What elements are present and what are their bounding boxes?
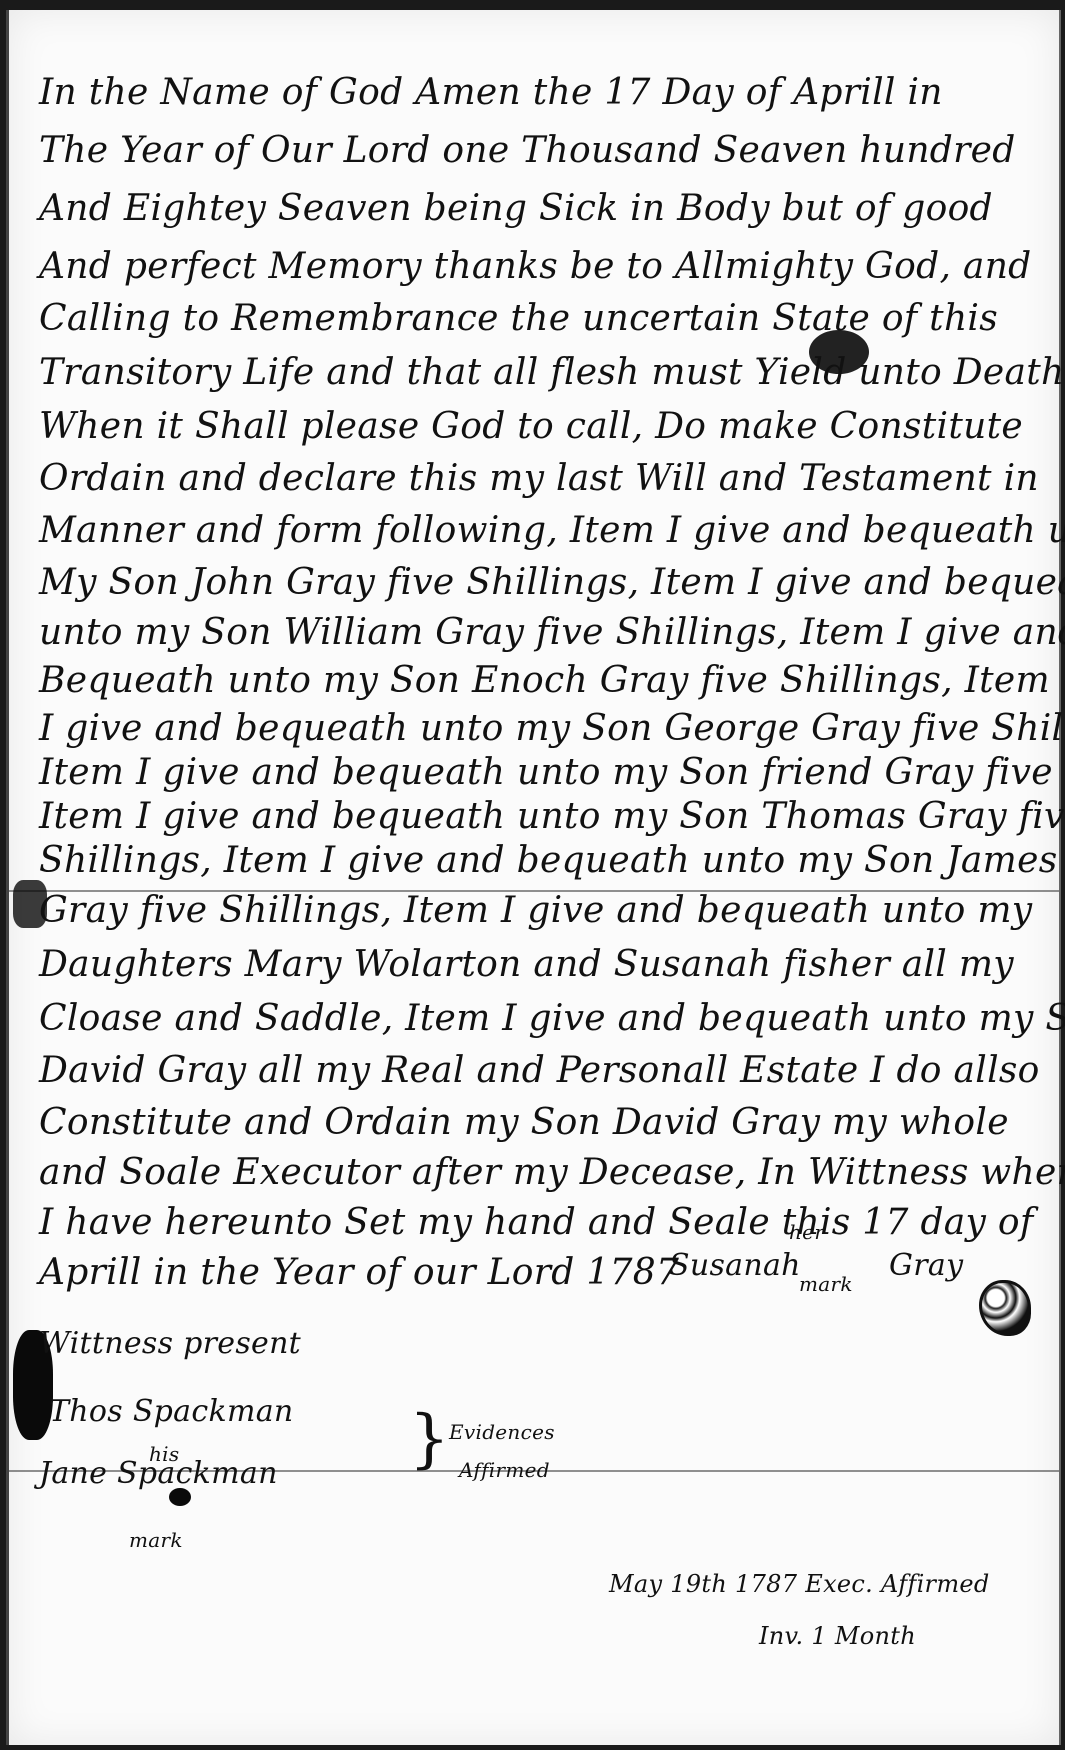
wax-seal-icon xyxy=(979,1280,1031,1336)
will-manuscript-page: In the Name of God Amen the 17 Day of Ap… xyxy=(6,10,1061,1745)
body-line: Transitory Life and that all flesh must … xyxy=(39,352,1065,393)
witness-heading: Wittness present xyxy=(39,1326,301,1361)
body-line: Ordain and declare this my last Will and… xyxy=(39,458,1039,499)
body-line: Cloase and Saddle, Item I give and beque… xyxy=(39,998,1065,1039)
witness-mark-label: mark xyxy=(129,1528,183,1552)
signature-mark-label: mark xyxy=(799,1272,853,1296)
body-line: Gray five Shillings, Item I give and beq… xyxy=(39,890,1032,931)
bracket-note: Evidences xyxy=(449,1420,555,1444)
body-line: When it Shall please God to call, Do mak… xyxy=(39,406,1023,447)
body-line: In the Name of God Amen the 17 Day of Ap… xyxy=(39,72,943,113)
body-line: I give and bequeath unto my Son George G… xyxy=(39,708,1065,749)
body-line: And perfect Memory thanks be to Allmight… xyxy=(39,246,1032,287)
body-line: Aprill in the Year of our Lord 1787 xyxy=(39,1252,679,1293)
bracket-note: Affirmed xyxy=(459,1458,550,1482)
body-line: Item I give and bequeath unto my Son fri… xyxy=(39,752,1065,793)
body-line: Shillings, Item I give and bequeath unto… xyxy=(39,840,1058,881)
body-line: unto my Son William Gray five Shillings,… xyxy=(39,612,1065,653)
body-line: Manner and form following, Item I give a… xyxy=(39,510,1065,551)
body-line: My Son John Gray five Shillings, Item I … xyxy=(39,562,1065,603)
body-line: Item I give and bequeath unto my Son Tho… xyxy=(39,796,1065,837)
body-line: Bequeath unto my Son Enoch Gray five Shi… xyxy=(39,660,1050,701)
probate-line: May 19th 1787 Exec. Affirmed xyxy=(609,1570,990,1598)
signature-last-name: Gray xyxy=(889,1248,963,1283)
body-line: And Eightey Seaven being Sick in Body bu… xyxy=(39,188,993,229)
signature-first-name: Susanah xyxy=(669,1248,801,1283)
body-line: Calling to Remembrance the uncertain Sta… xyxy=(39,298,998,339)
brace-icon: } xyxy=(409,1402,450,1476)
witness-mark-icon xyxy=(169,1488,191,1506)
probate-line: Inv. 1 Month xyxy=(759,1622,916,1650)
witness-name: Thos Spackman xyxy=(49,1394,294,1429)
body-line: I have hereunto Set my hand and Seale th… xyxy=(39,1202,1034,1243)
witness-name: Jane Spackman xyxy=(39,1456,278,1491)
body-line: and Soale Executor after my Decease, In … xyxy=(39,1152,1065,1193)
body-line: Constitute and Ordain my Son David Gray … xyxy=(39,1102,1009,1143)
body-line: Daughters Mary Wolarton and Susanah fish… xyxy=(39,944,1014,985)
body-line: David Gray all my Real and Personall Est… xyxy=(39,1050,1040,1091)
signature-her-label: her xyxy=(789,1220,824,1244)
body-line: The Year of Our Lord one Thousand Seaven… xyxy=(39,130,1016,171)
